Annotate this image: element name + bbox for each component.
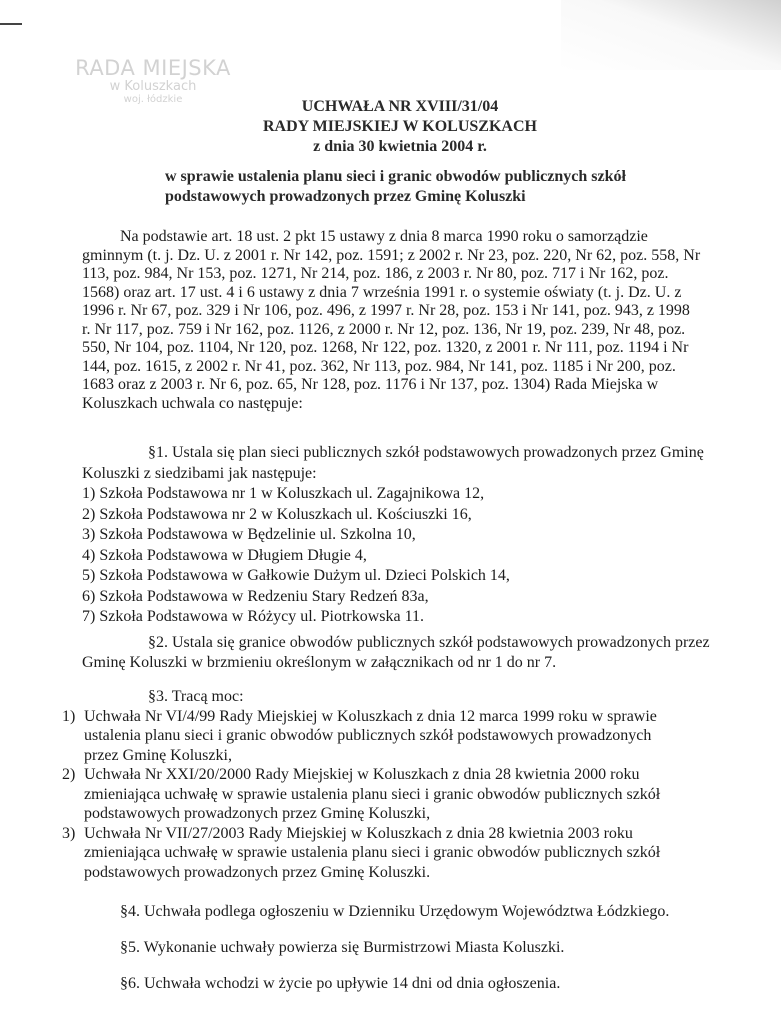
- item-line: przez Gminę Koluszki,: [84, 746, 657, 766]
- section-2-line: §2. Ustala się granice obwodów publiczny…: [82, 633, 722, 653]
- repealed-resolution-item: 3) Uchwała Nr VII/27/2003 Rady Miejskiej…: [62, 824, 722, 883]
- item-number: 1): [62, 707, 84, 766]
- repealed-resolution-item: 2) Uchwała Nr XXI/20/2000 Rady Miejskiej…: [62, 765, 722, 824]
- school-list-item: 4) Szkoła Podstawowa w Długiem Długie 4,: [82, 546, 722, 567]
- school-list-item: 2) Szkoła Podstawowa nr 2 w Koluszkach u…: [82, 505, 722, 526]
- resolution-issuer: RADY MIEJSKIEJ W KOLUSZKACH: [200, 117, 600, 137]
- resolution-subject: w sprawie ustalenia planu sieci i granic…: [165, 167, 725, 207]
- stamp-line-1: RADA MIEJSKA: [58, 56, 248, 80]
- section-5: §5. Wykonanie uchwały powierza się Burmi…: [120, 938, 564, 958]
- stamp-line-2: w Koluszkach: [58, 80, 248, 94]
- resolution-date: z dnia 30 kwietnia 2004 r.: [200, 137, 600, 157]
- scan-shadow: [561, 0, 781, 70]
- resolution-title: UCHWAŁA NR XVIII/31/04: [200, 97, 600, 117]
- school-list-item: 1) Szkoła Podstawowa nr 1 w Koluszkach u…: [82, 484, 722, 505]
- section-1-intro-cont: Koluszki z siedzibami jak następuje:: [82, 464, 722, 485]
- item-text: Uchwała Nr XXI/20/2000 Rady Miejskiej w …: [84, 765, 660, 824]
- item-text: Uchwała Nr VII/27/2003 Rady Miejskiej w …: [84, 824, 660, 883]
- repealed-resolution-item: 1) Uchwała Nr VI/4/99 Rady Miejskiej w K…: [62, 707, 722, 766]
- item-line: ustalenia planu sieci i granic obwodów p…: [84, 726, 657, 746]
- section-4: §4. Uchwała podlega ogłoszeniu w Dzienni…: [120, 902, 669, 922]
- school-list-item: 7) Szkoła Podstawowa w Różycy ul. Piotrk…: [82, 607, 722, 628]
- legal-basis-preamble: Na podstawie art. 18 ust. 2 pkt 15 ustaw…: [82, 228, 712, 413]
- item-line: podstawowych prowadzonych przez Gminę Ko…: [84, 863, 660, 883]
- section-6: §6. Uchwała wchodzi w życie po upływie 1…: [120, 974, 560, 994]
- school-list-item: 5) Szkoła Podstawowa w Gałkowie Dużym ul…: [82, 566, 722, 587]
- school-list-item: 6) Szkoła Podstawowa w Redzeniu Stary Re…: [82, 587, 722, 608]
- resolution-header: UCHWAŁA NR XVIII/31/04 RADY MIEJSKIEJ W …: [200, 97, 600, 157]
- subject-line: podstawowych prowadzonych przez Gminę Ko…: [165, 187, 725, 207]
- preamble-line: Koluszkach uchwala co następuje:: [82, 395, 712, 414]
- section-1: §1. Ustala się plan sieci publicznych sz…: [82, 443, 722, 628]
- item-line: zmieniająca uchwałę w sprawie ustalenia …: [84, 843, 660, 863]
- item-line: Uchwała Nr VII/27/2003 Rady Miejskiej w …: [84, 824, 660, 844]
- section-2-line: Gminę Koluszki w brzmieniu określonym w …: [82, 653, 722, 673]
- item-line: podstawowych prowadzonych przez Gminę Ko…: [84, 804, 660, 824]
- preamble-line: 1568) oraz art. 17 ust. 4 i 6 ustawy z d…: [82, 284, 712, 303]
- item-line: Uchwała Nr XXI/20/2000 Rady Miejskiej w …: [84, 765, 660, 785]
- item-line: zmieniająca uchwałę w sprawie ustalenia …: [84, 785, 660, 805]
- preamble-line: Na podstawie art. 18 ust. 2 pkt 15 ustaw…: [82, 228, 712, 247]
- school-list-item: 3) Szkoła Podstawowa w Będzelinie ul. Sz…: [82, 525, 722, 546]
- item-line: Uchwała Nr VI/4/99 Rady Miejskiej w Kolu…: [84, 707, 657, 727]
- section-3-heading: §3. Tracą moc:: [62, 687, 722, 707]
- section-3: §3. Tracą moc: 1) Uchwała Nr VI/4/99 Rad…: [62, 687, 722, 882]
- preamble-line: r. Nr 117, poz. 759 i Nr 162, poz. 1126,…: [82, 321, 712, 340]
- scan-corner-mark: [0, 23, 22, 25]
- preamble-line: 113, poz. 984, Nr 153, poz. 1271, Nr 214…: [82, 265, 712, 284]
- section-2: §2. Ustala się granice obwodów publiczny…: [82, 633, 722, 673]
- subject-line: w sprawie ustalenia planu sieci i granic…: [165, 167, 725, 187]
- preamble-line: gminnym (t. j. Dz. U. z 2001 r. Nr 142, …: [82, 247, 712, 266]
- preamble-line: 550, Nr 104, poz. 1104, Nr 120, poz. 126…: [82, 339, 712, 358]
- item-number: 2): [62, 765, 84, 824]
- item-number: 3): [62, 824, 84, 883]
- item-text: Uchwała Nr VI/4/99 Rady Miejskiej w Kolu…: [84, 707, 657, 766]
- preamble-line: 1996 r. Nr 67, poz. 329 i Nr 106, poz. 4…: [82, 302, 712, 321]
- preamble-line: 1683 oraz z 2003 r. Nr 6, poz. 65, Nr 12…: [82, 376, 712, 395]
- section-1-intro: §1. Ustala się plan sieci publicznych sz…: [82, 443, 722, 464]
- preamble-line: 144, poz. 1615, z 2002 r. Nr 41, poz. 36…: [82, 358, 712, 377]
